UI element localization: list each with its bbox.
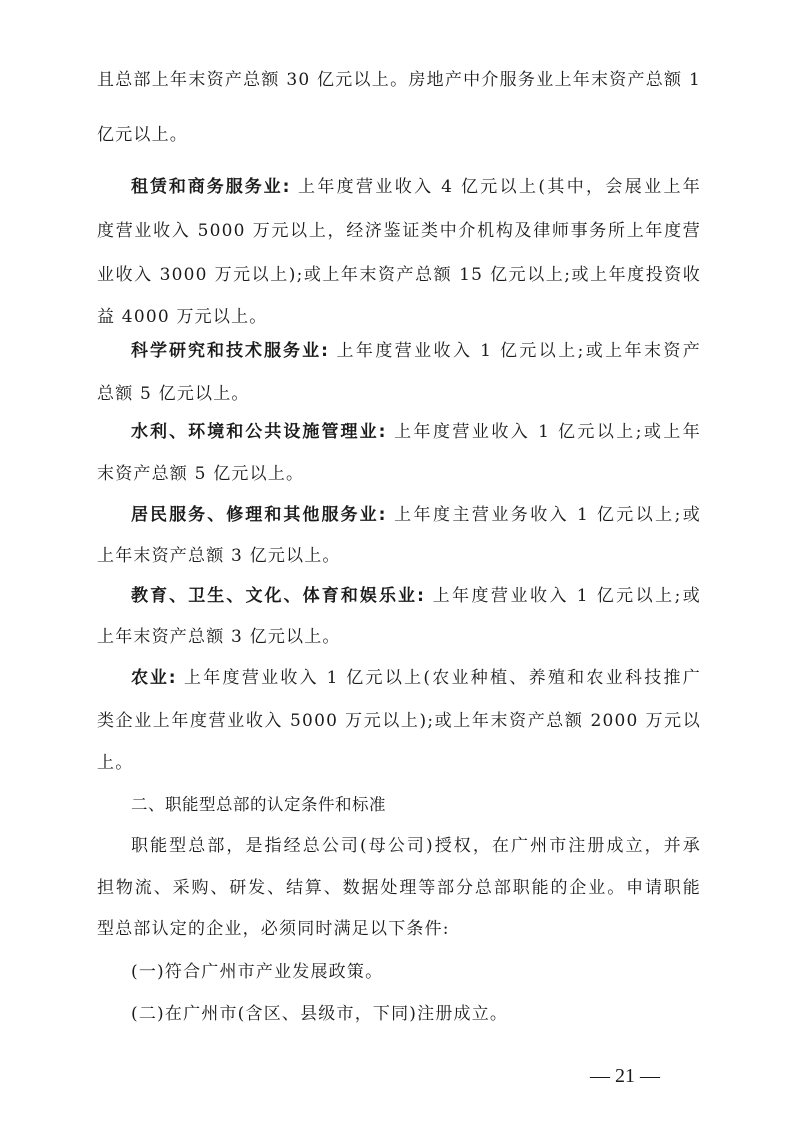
paragraph-resident-services: 居民服务、修理和其他服务业: 上年度主营业务收入 1 亿元以上;或	[131, 504, 701, 526]
paragraph-water-environment: 水利、环境和公共设施管理业: 上年度营业收入 1 亿元以上;或上年	[131, 421, 701, 443]
paragraph-line: 担物流、采购、研发、结算、数据处理等部分总部职能的企业。申请职能	[97, 877, 701, 899]
paragraph-line: 类企业上年度营业收入 5000 万元以上);或上年末资产总额 2000 万元以	[97, 710, 701, 732]
industry-criteria: 上年度营业收入 1 亿元以上;或上年末资产	[329, 341, 701, 361]
paragraph-line: 益 4000 万元以上。	[97, 306, 267, 328]
industry-criteria: 上年度营业收入 1 亿元以上(农业种植、养殖和农业科技推广	[176, 668, 701, 688]
paragraph-line: 上年末资产总额 3 亿元以上。	[97, 626, 341, 648]
paragraph-line: 职能型总部，是指经总公司(母公司)授权，在广州市注册成立，并承	[131, 835, 701, 857]
industry-label: 租赁和商务服务业:	[131, 177, 290, 197]
paragraph-line: 度营业收入 5000 万元以上，经济鉴证类中介机构及律师事务所上年度营	[97, 220, 701, 242]
paragraph-leasing-business: 租赁和商务服务业: 上年度营业收入 4 亿元以上(其中，会展业上年	[131, 176, 701, 198]
paragraph-education-culture: 教育、卫生、文化、体育和娱乐业: 上年度营业收入 1 亿元以上;或	[131, 585, 701, 607]
industry-label: 居民服务、修理和其他服务业:	[131, 505, 386, 525]
industry-criteria: 上年度营业收入 4 亿元以上(其中，会展业上年	[290, 177, 701, 197]
list-item: (一)符合广州市产业发展政策。	[131, 961, 383, 983]
industry-label: 教育、卫生、文化、体育和娱乐业:	[131, 586, 425, 606]
industry-label: 农业:	[131, 668, 176, 688]
paragraph-agriculture: 农业: 上年度营业收入 1 亿元以上(农业种植、养殖和农业科技推广	[131, 667, 701, 689]
industry-criteria: 上年度营业收入 1 亿元以上;或	[425, 586, 701, 606]
section-heading: 二、职能型总部的认定条件和标准	[131, 794, 386, 816]
paragraph-line: 型总部认定的企业，必须同时满足以下条件:	[97, 918, 450, 940]
industry-label: 科学研究和技术服务业:	[131, 341, 329, 361]
list-item: (二)在广州市(含区、县级市，下同)注册成立。	[131, 1003, 508, 1025]
paragraph-line: 末资产总额 5 亿元以上。	[97, 463, 304, 485]
paragraph-line: 业收入 3000 万元以上);或上年末资产总额 15 亿元以上;或上年度投资收	[97, 264, 701, 286]
industry-criteria: 上年度营业收入 1 亿元以上;或上年	[386, 422, 701, 442]
paragraph-line: 亿元以上。	[97, 124, 188, 146]
paragraph-line: 总额 5 亿元以上。	[97, 383, 250, 405]
paragraph-line: 上年末资产总额 3 亿元以上。	[97, 545, 341, 567]
paragraph-science-tech: 科学研究和技术服务业: 上年度营业收入 1 亿元以上;或上年末资产	[131, 340, 701, 362]
paragraph-line: 且总部上年末资产总额 30 亿元以上。房地产中介服务业上年末资产总额 1	[97, 69, 701, 91]
paragraph-line: 上。	[97, 752, 133, 774]
industry-label: 水利、环境和公共设施管理业:	[131, 422, 386, 442]
industry-criteria: 上年度主营业务收入 1 亿元以上;或	[386, 505, 701, 525]
page-number: — 21 —	[590, 1064, 660, 1088]
